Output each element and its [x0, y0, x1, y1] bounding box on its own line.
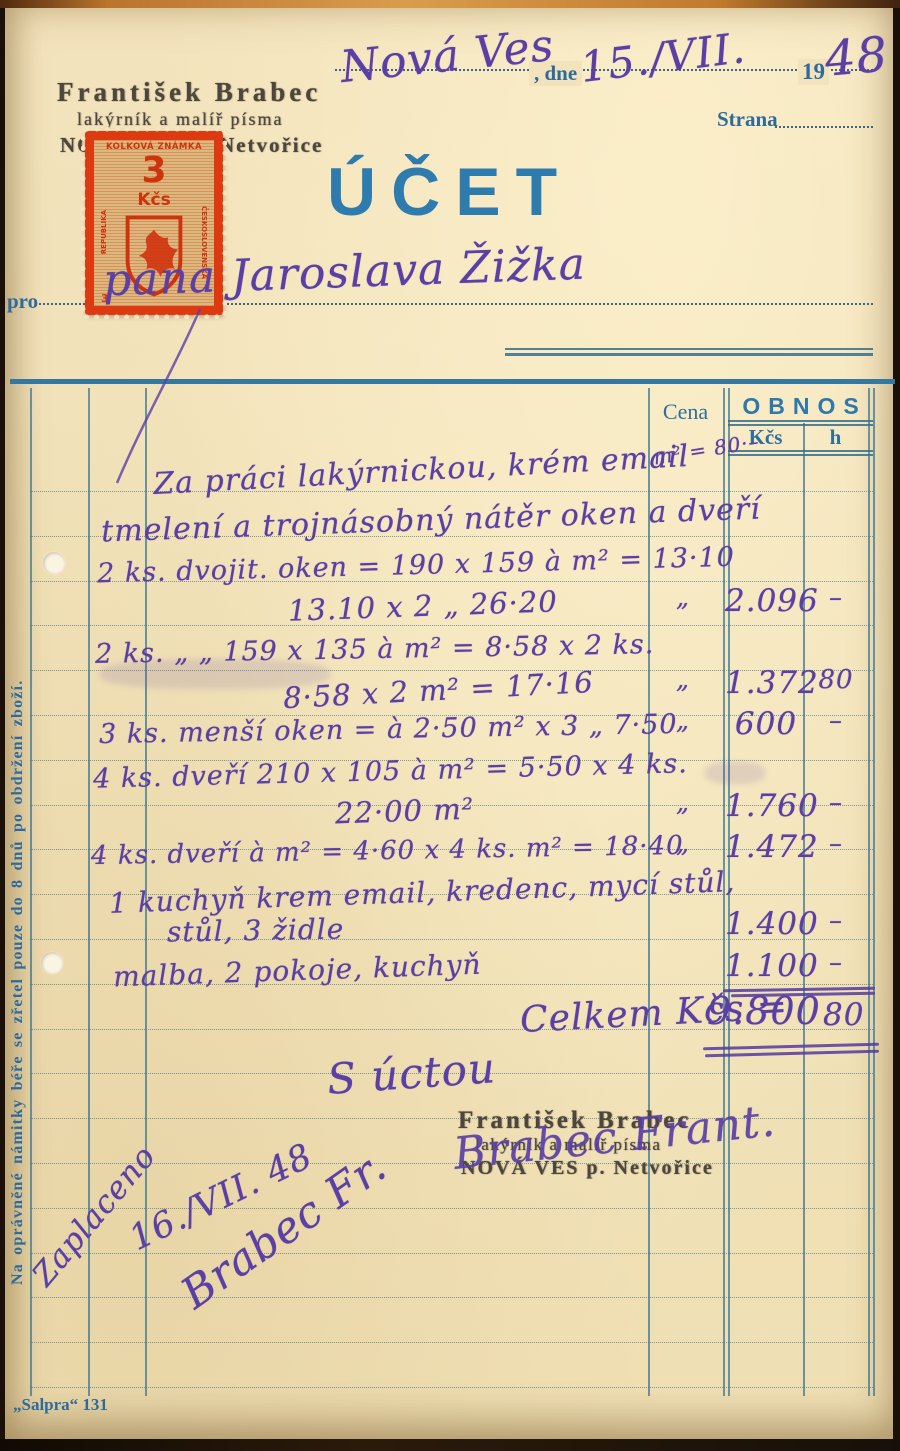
amount-h: –	[805, 829, 867, 859]
amount-kcs: 1.760	[725, 788, 807, 824]
total-kcs: 9.800	[707, 989, 817, 1033]
strana-rule	[775, 126, 873, 128]
invoice-sheet: Na oprávněné námitky béře se zřetel pouz…	[5, 7, 893, 1441]
invoice-line: 2 ks. dvojit. oken = 190 x 159 à m² = 13…	[97, 542, 736, 590]
amount-h: –	[805, 948, 867, 978]
invoice-line: 13.10 x 2 „ 26·20	[287, 584, 558, 627]
subtotal-rule	[505, 348, 873, 350]
total-h: 80	[823, 997, 864, 1033]
amount-kcs: 600	[725, 706, 807, 742]
amount-h: –	[805, 906, 867, 936]
punch-hole	[43, 552, 65, 574]
amount-kcs: 1.472	[725, 829, 807, 865]
cena-ditto: „	[653, 706, 713, 735]
ruled-line	[30, 1253, 873, 1254]
revenue-stamp-left-text: REPUBLIKA	[100, 210, 108, 254]
obnos-underline	[728, 420, 873, 422]
ruled-line	[30, 1297, 873, 1298]
scan-frame-bottom	[0, 1439, 900, 1451]
ink-smudge	[100, 659, 330, 689]
invoice-line: 4 ks. dveří 210 x 105 à m² = 5·50 x 4 ks…	[93, 748, 688, 795]
year-printed: 19	[798, 59, 829, 85]
side-note: Na oprávněné námitky béře se zřetel pouz…	[9, 475, 27, 1285]
invoice-line: Za práci lakýrnickou, krém email	[152, 439, 690, 502]
table-vline-right2	[873, 388, 875, 1396]
amount-h: –	[805, 788, 867, 818]
pen-flourish	[105, 307, 215, 487]
ruled-line	[30, 1387, 873, 1388]
vendor-stamp-name: František Brabec	[57, 77, 321, 108]
page-title: ÚČET	[327, 153, 572, 231]
cena-ditto: „	[653, 829, 713, 858]
column-header-h: h	[803, 425, 868, 450]
amount-h: 80	[805, 665, 867, 695]
invoice-line: 4 ks. dveří à m² = 4·60 x 4 ks. m² = 18·…	[91, 831, 684, 871]
amount-kcs: 1.400	[725, 906, 807, 942]
year-handwritten: 48	[823, 26, 891, 87]
invoice-line: 1 kuchyň krem email, kredenc, mycí stůl,	[109, 865, 736, 920]
table-vline-right	[868, 388, 870, 1396]
cena-ditto: „	[653, 583, 713, 612]
cena-ditto: „	[653, 665, 713, 694]
ruled-line	[30, 1342, 873, 1343]
invoice-line: tmelení a trojnásobný nátěr oken a dveří	[101, 491, 762, 549]
amount-kcs: 1.372	[725, 665, 807, 701]
date-handwritten: 15./VII.	[578, 23, 749, 92]
revenue-stamp-currency: Kčs	[94, 190, 214, 210]
strana-label: Strana	[717, 107, 778, 132]
amount-h: –	[805, 583, 867, 613]
invoice-line: stůl, 3 židle	[167, 912, 345, 948]
table-vline	[30, 388, 32, 1396]
closing-handwritten: S úctou	[325, 1043, 497, 1104]
invoice-line: malba, 2 pokoje, kuchyň	[113, 948, 482, 994]
total-underline2	[705, 1050, 879, 1058]
place-handwritten: Nová Ves	[338, 20, 557, 93]
amount-h: –	[805, 706, 867, 736]
column-header-cena: Cena	[648, 399, 723, 425]
form-number: „Salpra“ 131	[13, 1395, 108, 1415]
invoice-line: 22·00 m²	[334, 792, 474, 831]
ink-smudge	[705, 762, 765, 784]
punch-hole	[41, 952, 63, 974]
ruled-line	[30, 625, 873, 626]
scan-frame-top	[0, 0, 900, 8]
amount-kcs: 1.100	[725, 948, 807, 984]
pro-label: pro	[7, 289, 38, 314]
column-header-obnos: OBNOS	[728, 393, 873, 420]
revenue-stamp-value: 3	[94, 150, 214, 191]
amount-kcs: 2.096	[725, 583, 807, 619]
subtotal-rule2	[505, 353, 873, 356]
cena-ditto: „	[653, 788, 713, 817]
